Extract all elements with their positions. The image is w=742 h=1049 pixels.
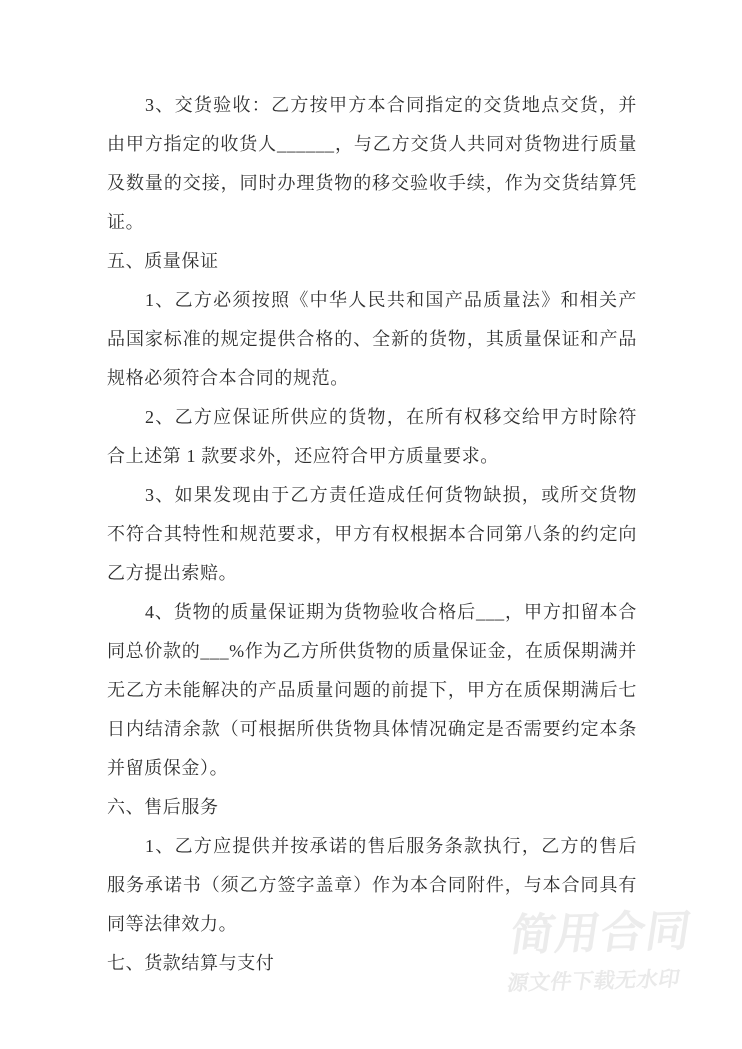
clause-quality-1: 1、乙方必须按照《中华人民共和国产品质量法》和相关产品国家标准的规定提供合格的、… xyxy=(107,281,637,398)
section-heading-after-sales-service: 六、售后服务 xyxy=(107,788,637,827)
watermark: 简用合同 源文件下载无水印 xyxy=(491,907,705,998)
watermark-logo-text: 简用合同 xyxy=(497,907,705,961)
clause-quality-3: 3、如果发现由于乙方责任造成任何货物缺损，或所交货物不符合其特性和规范要求，甲方… xyxy=(107,476,637,593)
contract-body: 3、交货验收：乙方按甲方本合同指定的交货地点交货，并由甲方指定的收货人_____… xyxy=(107,86,637,983)
clause-3-delivery-acceptance: 3、交货验收：乙方按甲方本合同指定的交货地点交货，并由甲方指定的收货人_____… xyxy=(107,86,637,242)
clause-quality-4: 4、货物的质量保证期为货物验收合格后___，甲方扣留本合同总价款的___%作为乙… xyxy=(107,593,637,788)
clause-quality-2: 2、乙方应保证所供应的货物，在所有权移交给甲方时除符合上述第 1 款要求外，还应… xyxy=(107,398,637,476)
watermark-subtitle: 源文件下载无水印 xyxy=(491,963,696,998)
section-heading-quality-guarantee: 五、质量保证 xyxy=(107,242,637,281)
